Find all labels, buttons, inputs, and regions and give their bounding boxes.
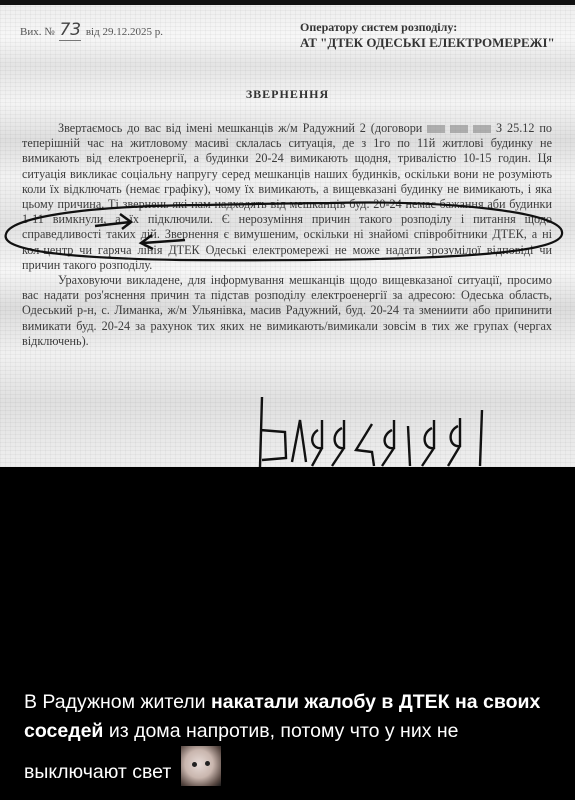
photo-top-edge: [0, 0, 575, 5]
paragraph-2: Ураховуючи викладене, для інформування м…: [22, 273, 552, 349]
hamster-sticker-icon: [181, 746, 221, 786]
outgoing-number-value: 73: [59, 20, 81, 41]
paragraph-1: Звертаємось до вас від імені мешканців ж…: [22, 121, 552, 273]
meme-caption: В Радужном жители накатали жалобу в ДТЕК…: [24, 688, 564, 787]
document-body: Звертаємось до вас від імені мешканців ж…: [22, 121, 552, 349]
caption-text-regular: В Радужном жители: [24, 691, 211, 713]
outgoing-label: Вих. №: [20, 26, 55, 38]
paragraph-1-intro: Звертаємось до вас від імені мешканців ж…: [58, 121, 422, 135]
addressee-line-1: Оператору систем розподілу:: [300, 20, 555, 35]
paragraph-1-text: З 25.12 по теперішній час на житловому м…: [22, 121, 552, 272]
complaint-document-photo: Вих. № 73 від 29.12.2025 р. Оператору си…: [0, 0, 575, 467]
redacted-block: [427, 125, 445, 133]
redacted-block: [450, 125, 468, 133]
addressee-block: Оператору систем розподілу: АТ "ДТЕК ОДЕ…: [300, 20, 555, 50]
document-title: ЗВЕРНЕННЯ: [0, 87, 575, 102]
addressee-line-2: АТ "ДТЕК ОДЕСЬКІ ЕЛЕКТРОМЕРЕЖІ": [300, 35, 555, 50]
redacted-block: [473, 125, 491, 133]
outgoing-date: від 29.12.2025 р.: [86, 26, 163, 38]
outgoing-number: Вих. № 73 від 29.12.2025 р.: [20, 20, 163, 41]
handwritten-scrawl: [260, 397, 482, 467]
